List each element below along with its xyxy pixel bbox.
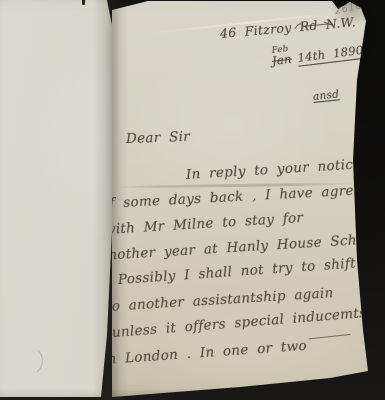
inserted-month: Feb bbox=[271, 44, 289, 56]
date-day-year: 14th 1890 bbox=[297, 43, 365, 65]
body-line-text: in London . In one or two bbox=[102, 338, 307, 368]
photograph-of-letter: 2616 46 Fitzroy Rd N.W. FebJan14th 1890 … bbox=[0, 0, 385, 400]
salutation: Dear Sir bbox=[126, 129, 191, 147]
body-line: in London . In one or two bbox=[102, 335, 352, 368]
date-line: FebJan14th 1890 bbox=[271, 43, 364, 68]
paper-speck bbox=[82, 0, 85, 5]
faint-pencil-mark bbox=[34, 348, 48, 374]
body-line: In reply to your notice bbox=[186, 156, 362, 183]
ink-flourish bbox=[309, 334, 352, 347]
docket-note: ansd bbox=[312, 88, 339, 103]
body-line: with Mr Milne to stay for bbox=[104, 210, 304, 238]
